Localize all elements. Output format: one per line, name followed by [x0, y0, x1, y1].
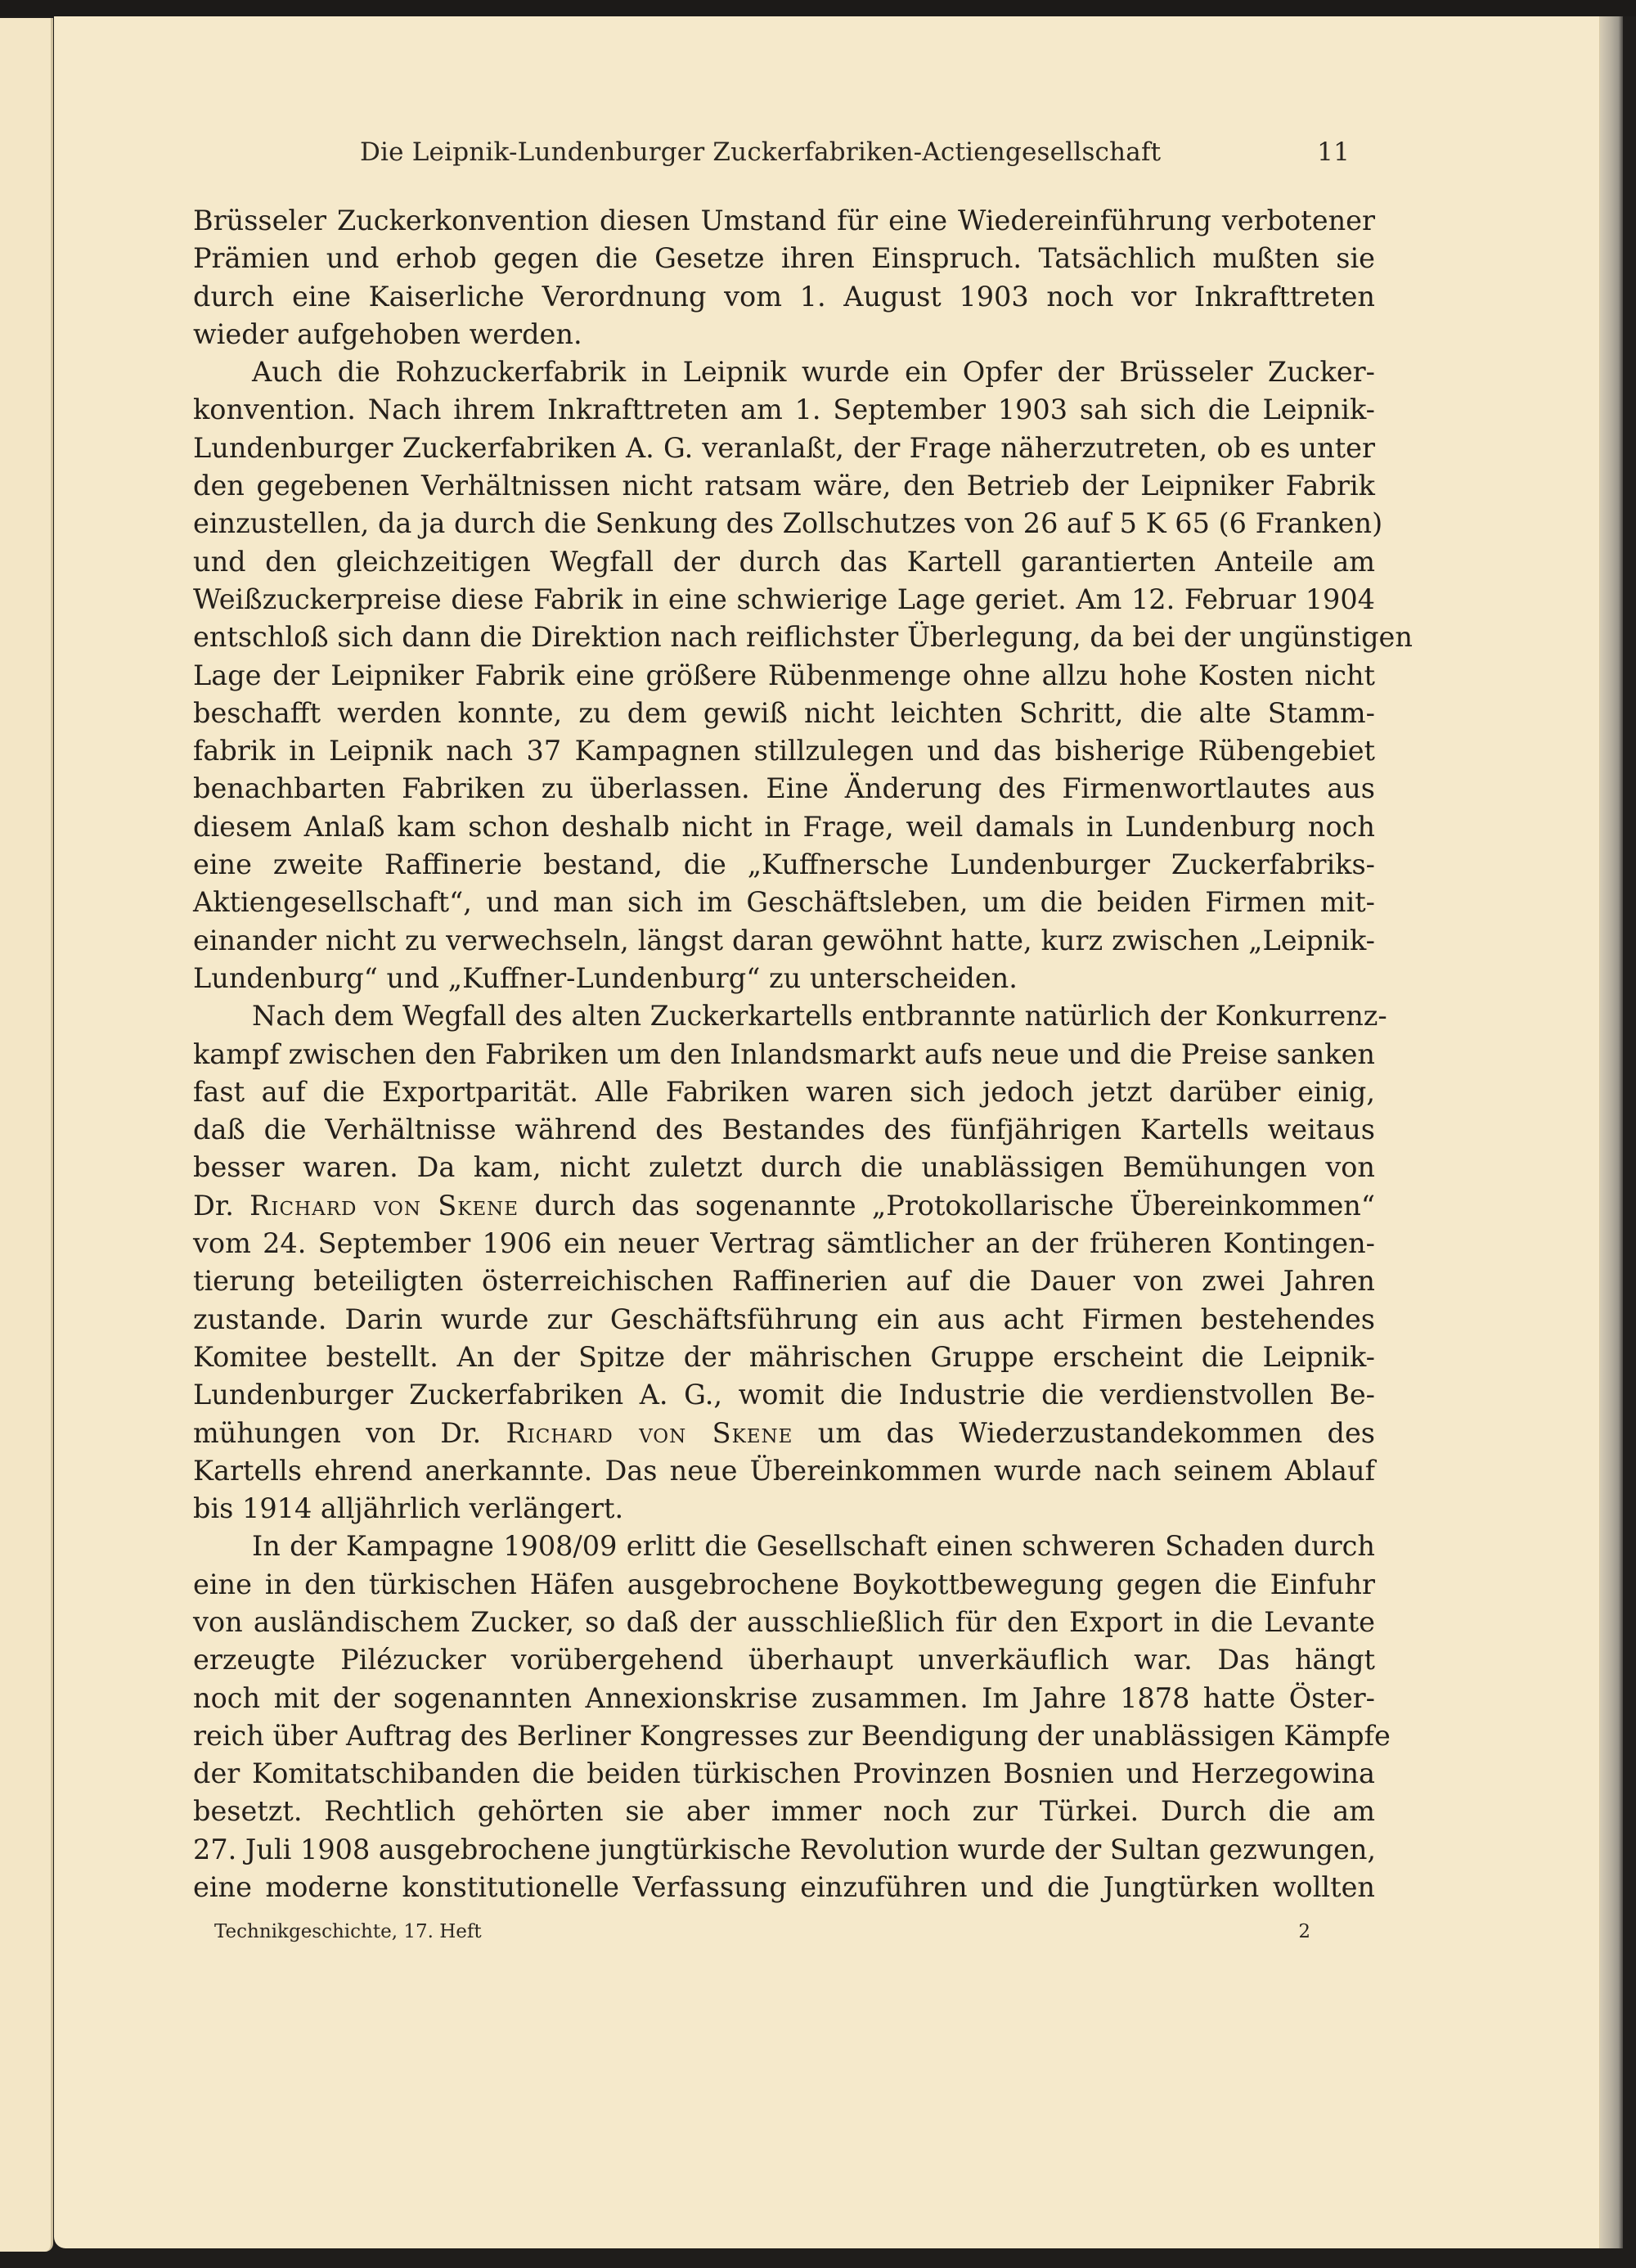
text-line: von ausländischem Zucker, so daß der aus…: [193, 1604, 1375, 1641]
text-line: Lundenburger Zuckerfabriken A. G., womit…: [193, 1376, 1375, 1414]
person-name-small-caps: Richard von Skene: [249, 1190, 519, 1222]
text-line: beschafft werden konnte, zu dem gewiß ni…: [193, 695, 1375, 732]
text-line: Aktiengesellschaft“, und man sich im Ges…: [193, 884, 1375, 921]
text-line: einander nicht zu verwechseln, längst da…: [193, 922, 1375, 960]
paragraph-start-line: In der Kampagne 1908/09 erlitt die Gesel…: [193, 1528, 1375, 1565]
text-line: besetzt. Rechtlich gehörten sie aber imm…: [193, 1793, 1375, 1830]
paragraph-start-line: Auch die Rohzuckerfabrik in Leipnik wurd…: [193, 353, 1375, 391]
paragraph-start-line: Nach dem Wegfall des alten Zuckerkartell…: [193, 997, 1375, 1035]
text-line: eine moderne konstitutionelle Verfassung…: [193, 1869, 1375, 1906]
text-line: zustande. Darin wurde zur Geschäftsführu…: [193, 1301, 1375, 1339]
page-number: 11: [1317, 137, 1350, 167]
text-line: Brüsseler Zuckerkonvention diesen Umstan…: [193, 202, 1375, 240]
text-line: bis 1914 alljährlich verlängert.: [193, 1490, 1375, 1528]
text-line: diesem Anlaß kam schon deshalb nicht in …: [193, 808, 1375, 846]
text-line: besser waren. Da kam, nicht zuletzt durc…: [193, 1149, 1375, 1186]
text-line: Weißzuckerpreise diese Fabrik in eine sc…: [193, 581, 1375, 619]
text-line: erzeugte Pilézucker vorübergehend überha…: [193, 1641, 1375, 1679]
text-line: eine zweite Raffinerie bestand, die „Kuf…: [193, 846, 1375, 884]
text-line: der Komitatschibanden die beiden türkisc…: [193, 1755, 1375, 1793]
body-text: Brüsseler Zuckerkonvention diesen Umstan…: [193, 202, 1375, 1906]
previous-page-edge: [0, 18, 53, 2252]
scan-background-top: [0, 0, 1636, 16]
text-line: vom 24. September 1906 ein neuer Vertrag…: [193, 1225, 1375, 1262]
text-line: einzustellen, da ja durch die Senkung de…: [193, 505, 1375, 542]
text-line: Komitee bestellt. An der Spitze der mähr…: [193, 1339, 1375, 1376]
text-line: kampf zwischen den Fabriken um den Inlan…: [193, 1036, 1375, 1073]
text-line: entschloß sich dann die Direktion nach r…: [193, 619, 1375, 656]
journal-name: Technikgeschichte, 17. Heft: [214, 1921, 482, 1942]
text-line: fabrik in Leipnik nach 37 Kampagnen stil…: [193, 732, 1375, 770]
text-line: reich über Auftrag des Berliner Kongress…: [193, 1717, 1375, 1755]
text-line: Lage der Leipniker Fabrik eine größere R…: [193, 657, 1375, 695]
text-line: mühungen von Dr. Richard von Skene um da…: [193, 1415, 1375, 1452]
person-name-small-caps: Richard von Skene: [506, 1417, 793, 1449]
text-line: eine in den türkischen Häfen ausgebroche…: [193, 1566, 1375, 1604]
text-line: und den gleichzeitigen Wegfall der durch…: [193, 543, 1375, 581]
text-line: daß die Verhältnisse während des Bestand…: [193, 1111, 1375, 1149]
text-line: Lundenburger Zuckerfabriken A. G. veranl…: [193, 430, 1375, 467]
text-line: noch mit der sogenannten Annexionskrise …: [193, 1680, 1375, 1717]
text-line: Lundenburg“ und „Kuffner-Lundenburg“ zu …: [193, 960, 1375, 997]
text-line: Prämien und erhob gegen die Gesetze ihre…: [193, 240, 1375, 277]
text-line: benachbarten Fabriken zu überlassen. Ein…: [193, 770, 1375, 808]
signature-mark: 2: [1298, 1921, 1310, 1942]
text-line: Kartells ehrend anerkannte. Das neue Übe…: [193, 1452, 1375, 1490]
text-line: den gegebenen Verhältnissen nicht ratsam…: [193, 467, 1375, 505]
text-line: Dr. Richard von Skene durch das sogenann…: [193, 1187, 1375, 1225]
text-line: fast auf die Exportparität. Alle Fabrike…: [193, 1073, 1375, 1111]
text-line: wieder aufgehoben werden.: [193, 316, 1375, 353]
text-line: tierung beteiligten österreichischen Raf…: [193, 1262, 1375, 1300]
text-line: 27. Juli 1908 ausgebrochene jungtürkisch…: [193, 1831, 1375, 1869]
running-title: Die Leipnik-Lundenburger Zuckerfabriken-…: [360, 137, 1161, 167]
text-line: konvention. Nach ihrem Inkrafttreten am …: [193, 391, 1375, 429]
text-line: durch eine Kaiserliche Verordnung vom 1.…: [193, 278, 1375, 316]
